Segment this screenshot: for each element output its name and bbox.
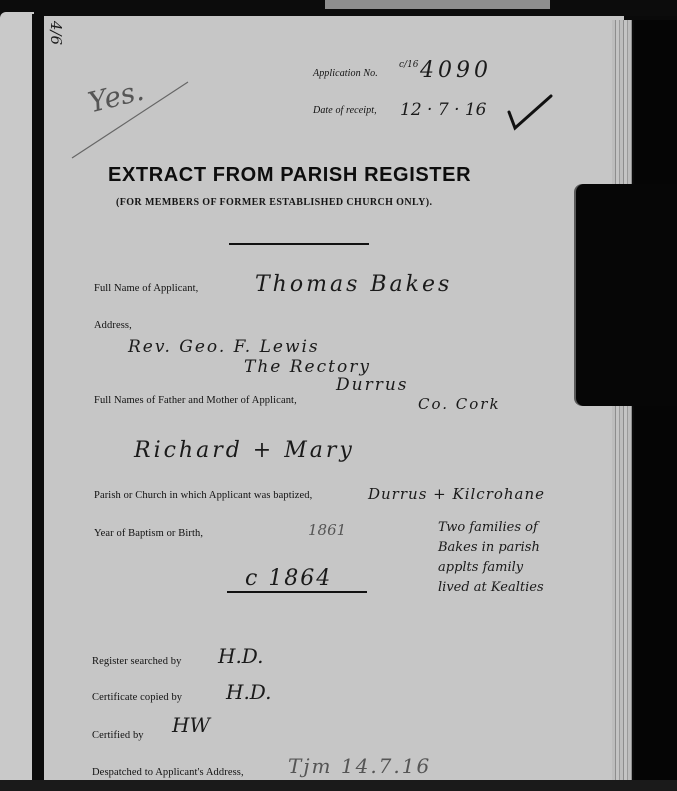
despatched-value: Tjm 14.7.16 <box>288 754 431 778</box>
application-no-label: Application No. <box>313 68 378 79</box>
year-underline <box>227 591 367 593</box>
register-searched-label: Register searched by <box>92 656 181 667</box>
binder-tab <box>576 184 677 406</box>
register-searched-value: H.D. <box>218 644 263 668</box>
side-note: Two families of Bakes in parish applts f… <box>438 518 608 598</box>
parents-value: Richard + Mary <box>134 438 355 463</box>
date-of-receipt-value: 12 · 7 · 16 <box>400 100 487 120</box>
certified-label: Certified by <box>92 730 144 741</box>
full-name-value: Thomas Bakes <box>255 272 452 297</box>
page-title: EXTRACT FROM PARISH REGISTER <box>108 164 471 187</box>
title-divider <box>229 243 369 245</box>
scan-top-edge-grey <box>325 0 550 9</box>
left-page-edge <box>0 12 34 791</box>
certificate-copied-value: H.D. <box>226 680 271 704</box>
pencil-slash-icon <box>70 80 190 160</box>
despatched-label: Despatched to Applicant's Address, <box>92 767 244 778</box>
application-no-value: 4090 <box>420 58 492 83</box>
book-gutter <box>32 14 44 791</box>
address-label: Address, <box>94 320 132 331</box>
side-note-line: Two families of <box>438 518 608 538</box>
parents-label: Full Names of Father and Mother of Appli… <box>94 395 297 406</box>
scan-bottom-edge <box>0 780 677 791</box>
page-subtitle: (FOR MEMBERS OF FORMER ESTABLISHED CHURC… <box>116 197 432 208</box>
date-of-receipt-label: Date of receipt, <box>313 105 377 116</box>
parish-label: Parish or Church in which Applicant was … <box>94 490 312 501</box>
margin-mark: 4/6 <box>47 21 65 45</box>
address-line-1: Rev. Geo. F. Lewis <box>128 337 320 357</box>
side-note-line: applts family <box>438 558 608 578</box>
certificate-copied-label: Certificate copied by <box>92 692 182 703</box>
parish-value: Durrus + Kilcrohane <box>368 485 545 503</box>
address-line-4: Co. Cork <box>418 395 501 413</box>
application-no-prefix: c/16 <box>399 60 419 70</box>
year-value-pencil: 1861 <box>308 521 346 539</box>
side-note-line: lived at Kealties <box>438 578 608 598</box>
check-mark-icon <box>505 92 555 132</box>
address-line-2: The Rectory <box>244 357 371 377</box>
address-line-3: Durrus <box>336 375 409 395</box>
side-note-line: Bakes in parish <box>438 538 608 558</box>
full-name-label: Full Name of Applicant, <box>94 283 198 294</box>
year-label: Year of Baptism or Birth, <box>94 528 203 539</box>
year-value-ink: c 1864 <box>245 566 332 591</box>
certified-value: HW <box>172 713 210 737</box>
